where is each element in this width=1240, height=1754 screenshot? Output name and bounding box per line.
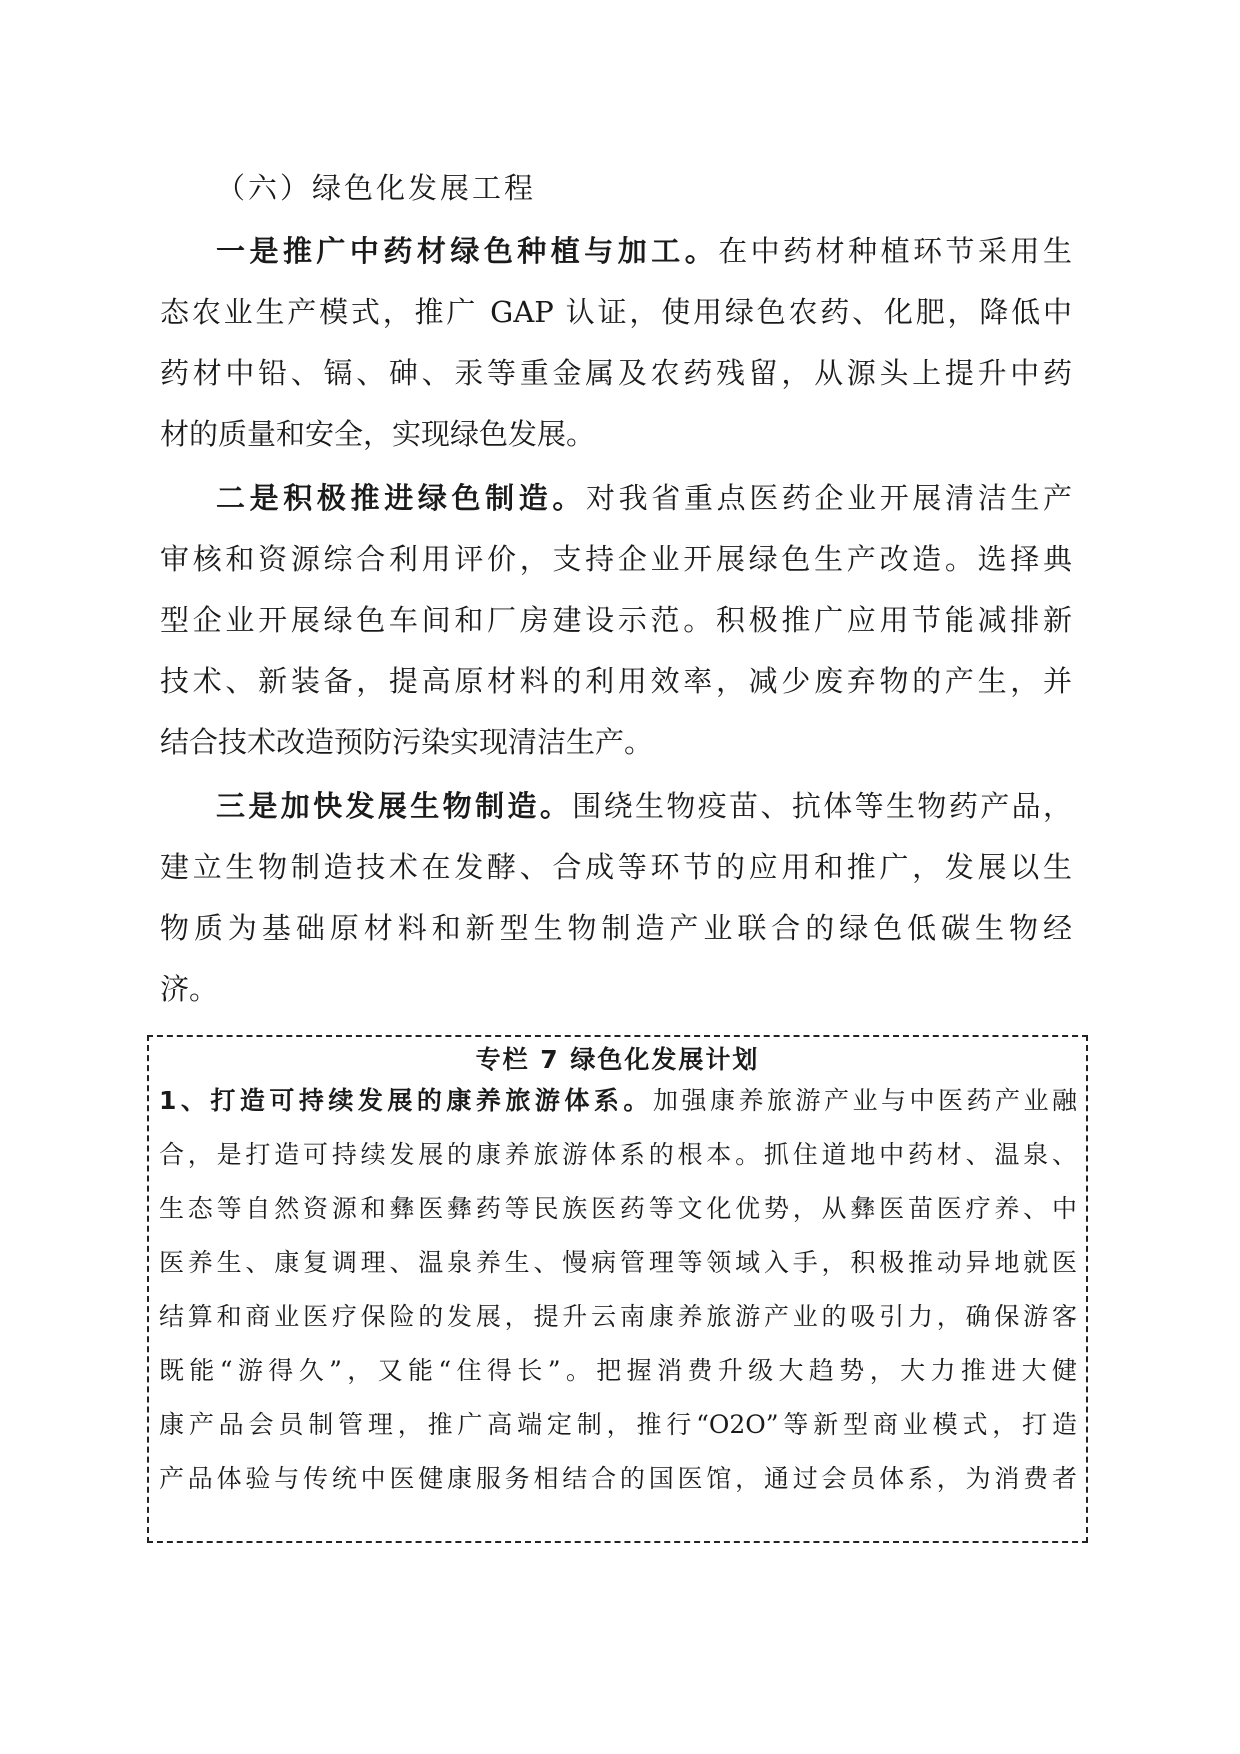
sidebar-box-column-7: 专栏 7 绿色化发展计划 1、打造可持续发展的康养旅游体系。加强康养旅游产业与中… [147, 1035, 1088, 1543]
section-heading: （六）绿色化发展工程 [216, 168, 536, 208]
paragraph-1-lead: 一是推广中药材绿色种植与加工。 [216, 234, 718, 268]
box-line-6: 既能“游得久”，又能“住得长”。把握消费升级大趋势，大力推进大健 [159, 1353, 1077, 1389]
paragraph-3-line-1: 三是加快发展生物制造。围绕生物疫苗、抗体等生物药产品， [216, 786, 1072, 826]
paragraph-3-line-3: 物质为基础原材料和新型生物制造产业联合的绿色低碳生物经 [160, 908, 1072, 948]
paragraph-2-line-3: 型企业开展绿色车间和厂房建设示范。积极推广应用节能减排新 [160, 600, 1072, 640]
paragraph-3-lead: 三是加快发展生物制造。 [216, 789, 572, 823]
box-title: 专栏 7 绿色化发展计划 [149, 1043, 1086, 1077]
box-line-7: 康产品会员制管理，推广高端定制，推行“O2O”等新型商业模式，打造 [159, 1407, 1077, 1443]
paragraph-2-line-1: 二是积极推进绿色制造。对我省重点医药企业开展清洁生产 [216, 478, 1072, 518]
paragraph-3-line-2: 建立生物制造技术在发酵、合成等环节的应用和推广，发展以生 [160, 847, 1072, 887]
paragraph-1-line-2: 态农业生产模式，推广 GAP 认证，使用绿色农药、化肥，降低中 [160, 292, 1072, 332]
box-line-2: 合，是打造可持续发展的康养旅游体系的根本。抓住道地中药材、温泉、 [159, 1137, 1077, 1173]
box-line-1: 1、打造可持续发展的康养旅游体系。加强康养旅游产业与中医药产业融 [159, 1083, 1077, 1119]
box-line-4: 医养生、康复调理、温泉养生、慢病管理等领域入手，积极推动异地就医 [159, 1245, 1077, 1281]
paragraph-2-line-4: 技术、新装备，提高原材料的利用效率，减少废弃物的产生，并 [160, 661, 1072, 701]
paragraph-1-line-1: 一是推广中药材绿色种植与加工。在中药材种植环节采用生 [216, 231, 1072, 271]
paragraph-2-line-2: 审核和资源综合利用评价，支持企业开展绿色生产改造。选择典 [160, 539, 1072, 579]
box-line-3: 生态等自然资源和彝医彝药等民族医药等文化优势，从彝医苗医疗养、中 [159, 1191, 1077, 1227]
box-item-lead: 1、打造可持续发展的康养旅游体系。 [159, 1086, 653, 1115]
paragraph-1-line-4: 材的质量和安全，实现绿色发展。 [160, 414, 1072, 454]
box-line-5: 结算和商业医疗保险的发展，提升云南康养旅游产业的吸引力，确保游客 [159, 1299, 1077, 1335]
box-line-8: 产品体验与传统中医健康服务相结合的国医馆，通过会员体系，为消费者 [159, 1461, 1077, 1497]
paragraph-2-line-5: 结合技术改造预防污染实现清洁生产。 [160, 722, 1072, 762]
paragraph-2-lead: 二是积极推进绿色制造。 [216, 481, 586, 515]
paragraph-3-line-4: 济。 [160, 969, 1072, 1009]
paragraph-1-line-3: 药材中铅、镉、砷、汞等重金属及农药残留，从源头上提升中药 [160, 353, 1072, 393]
